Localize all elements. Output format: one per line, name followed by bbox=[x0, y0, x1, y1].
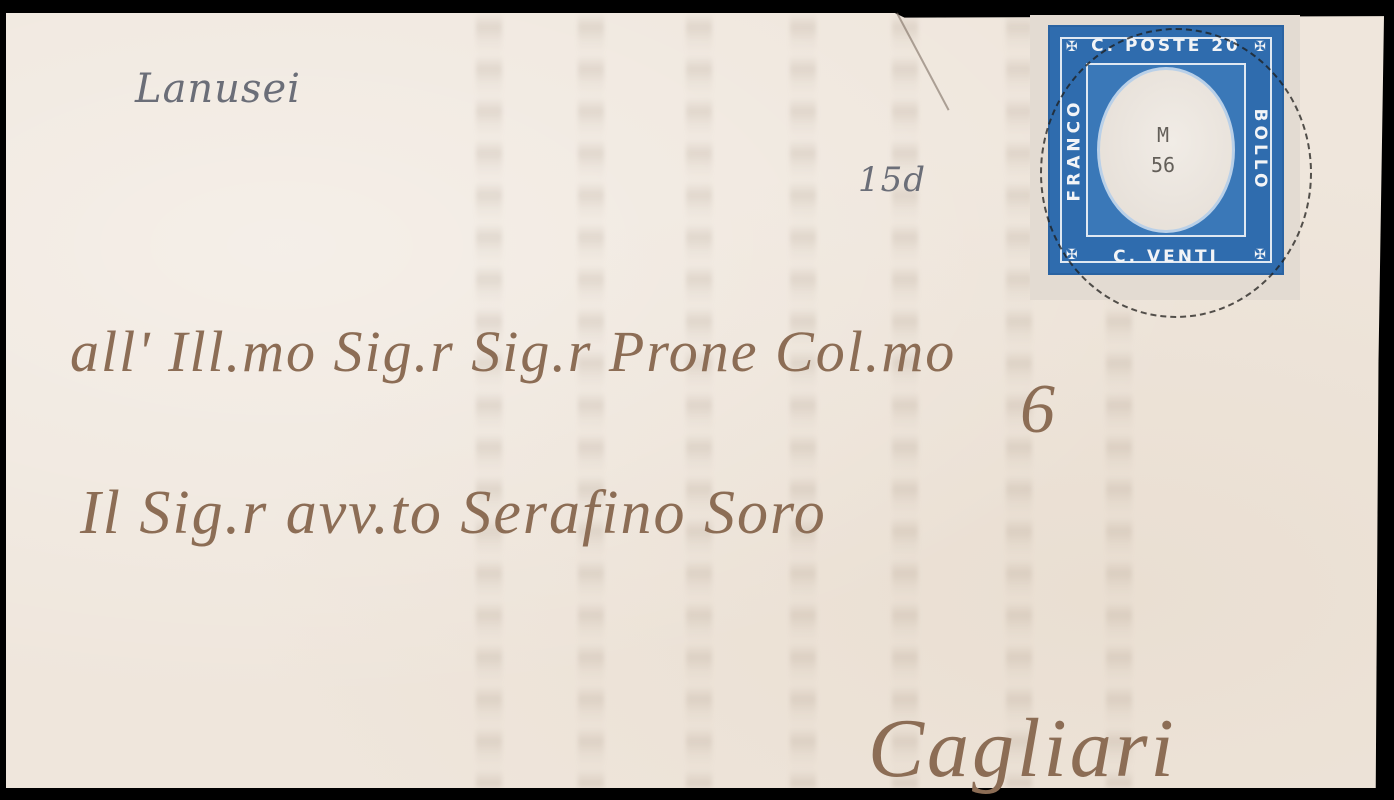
bleed-through-mark bbox=[892, 13, 918, 788]
postmark-year: 56 bbox=[1118, 150, 1208, 180]
address-line-2: Il Sig.r avv.to Serafino Soro bbox=[80, 478, 827, 549]
address-flourish: 6 bbox=[1020, 370, 1055, 450]
bleed-through-mark bbox=[476, 13, 502, 788]
bleed-through-mark bbox=[686, 13, 712, 788]
bleed-through-mark bbox=[790, 13, 816, 788]
address-line-1: all' Ill.mo Sig.r Sig.r Prone Col.mo bbox=[70, 318, 956, 385]
address-city: Cagliari bbox=[868, 700, 1177, 797]
bleed-through-mark bbox=[578, 13, 604, 788]
postmark-month: M bbox=[1118, 120, 1208, 150]
postmark-date: M 56 bbox=[1118, 120, 1208, 180]
pencil-price-note: 15d bbox=[858, 160, 926, 200]
pencil-place-note: Lanusei bbox=[135, 66, 301, 112]
